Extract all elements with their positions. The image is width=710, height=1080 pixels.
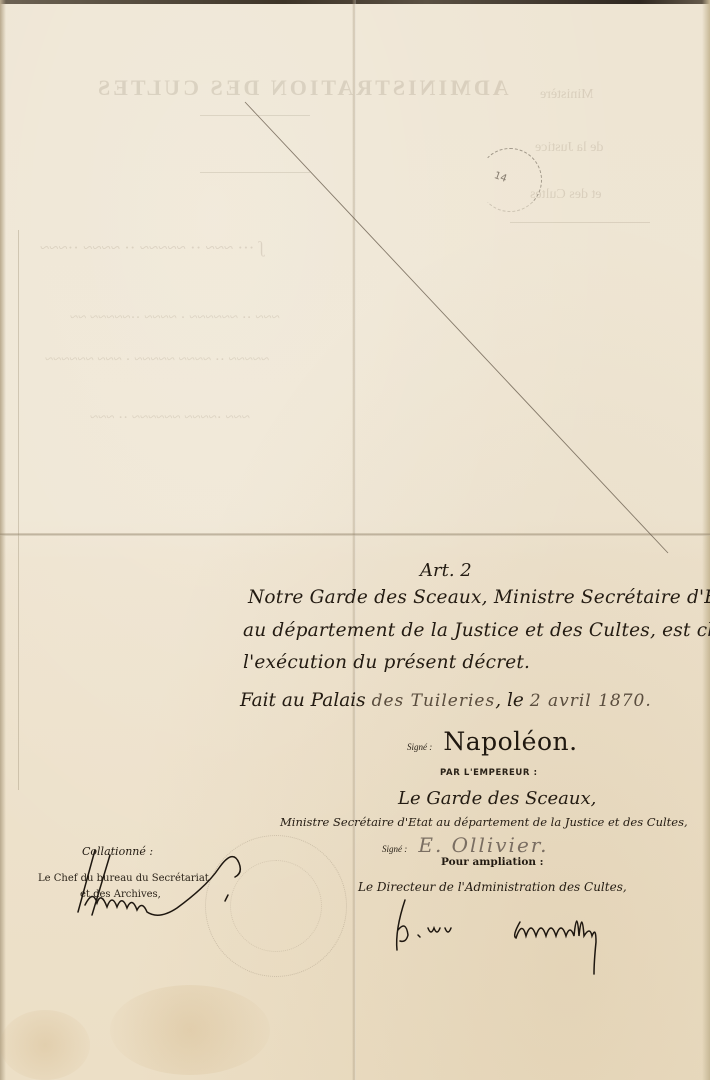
collation-signature (78, 850, 240, 915)
handwritten-signatures (0, 0, 710, 1080)
director-signature (397, 900, 451, 950)
document-page: ADMINISTRATION DES CULTES Ministère de l… (0, 0, 710, 1080)
